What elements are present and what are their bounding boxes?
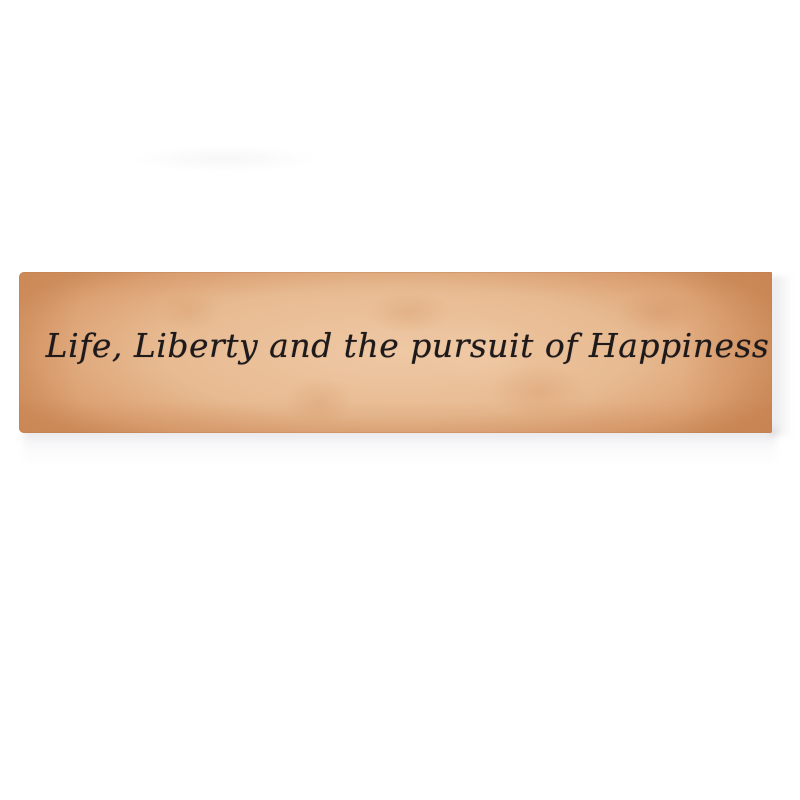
product-photo: Life, Liberty and the pursuit of Happine… <box>0 0 800 800</box>
sign-side-shadow <box>770 276 792 436</box>
sign-drop-shadow <box>24 428 776 468</box>
wooden-sign: Life, Liberty and the pursuit of Happine… <box>19 272 772 433</box>
sign-inscription: Life, Liberty and the pursuit of Happine… <box>19 326 772 365</box>
background-smudge <box>130 145 320 173</box>
